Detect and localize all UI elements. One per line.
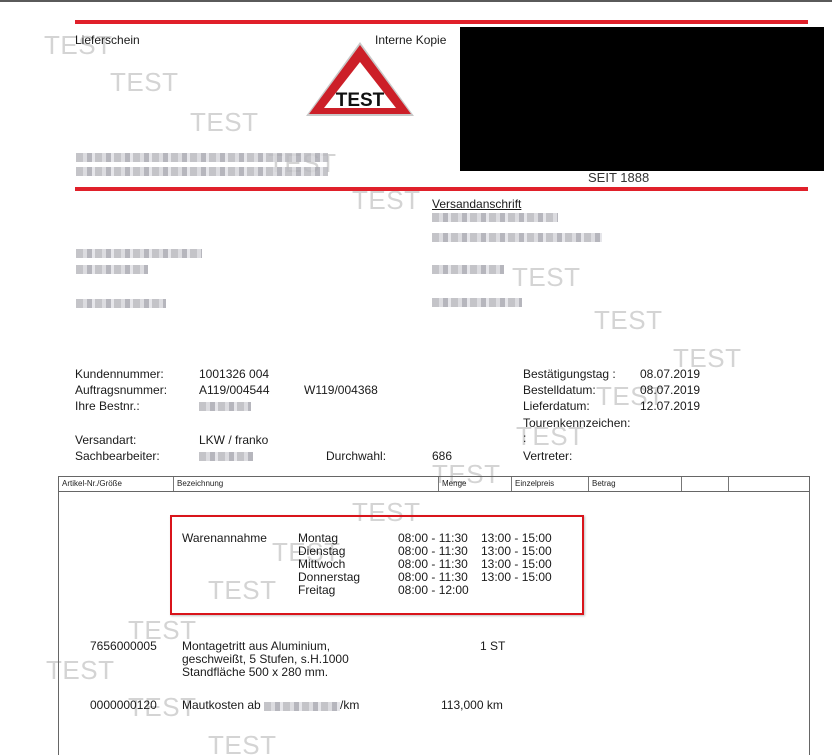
order-number-label: Auftragsnummer: [75,383,167,397]
warning-triangle-icon: TEST [302,38,418,122]
customer-number-label: Kundennummer: [75,367,164,381]
shipping-address-heading: Versandanschrift [432,197,521,211]
extension-label: Durchwahl: [326,449,386,463]
clerk-label: Sachbearbeiter: [75,449,160,463]
order-date-value: 08.07.2019 [640,383,700,397]
since-label: SEIT 1888 [588,170,649,185]
item-description-suffix: /km [340,699,359,712]
item-quantity: 113,000 km [441,699,503,712]
delivery-date-value: 12.07.2019 [640,399,700,413]
order-number-value: A119/004544 [199,383,270,397]
warning-triangle-logo: TEST [302,38,418,122]
order-date-label: Bestelldatum: [523,383,596,397]
sender-name-blurred [76,153,328,162]
delivery-date-label: Lieferdatum: [523,399,590,413]
watermark: TEST [512,262,580,293]
header-top-rule [75,20,808,24]
header-bottom-rule [75,187,808,191]
article-number: 7656000005 [90,640,157,653]
clerk-name-blurred [199,452,253,461]
tour-code-label: Tourenkennzeichen: [523,416,630,430]
extension-value: 686 [432,449,452,463]
shipping-city-blurred [432,298,522,307]
customer-number-value: 1001326 004 [199,367,269,381]
confirmation-date-label: Bestätigungstag : [523,367,616,381]
sender-address-blurred [76,167,328,176]
recipient-name-blurred [76,249,202,258]
column-header-quantity: Menge [439,477,511,491]
column-header-amount: Betrag [589,477,681,491]
item-description-line: Standfläche 500 x 280 mm. [182,666,328,679]
representative-label: Vertreter: [523,449,572,463]
items-table-header: Artikel-Nr./Größe Bezeichnung Menge Einz… [59,477,809,492]
window-top-border [0,0,832,2]
customer-order-number-label: Ihre Bestnr.: [75,399,140,413]
watermark: TEST [594,305,662,336]
shipping-method-label: Versandart: [75,433,136,447]
tour-code-colon: : [523,431,526,445]
recipient-street-blurred [76,265,148,274]
shipping-method-value: LKW / franko [199,433,268,447]
hours-slot-2: 13:00 - 15:00 [481,571,552,584]
watermark: TEST [190,107,258,138]
redacted-logo-area [460,27,824,171]
item-description-blurred [264,702,340,711]
column-header-empty-1 [682,477,728,491]
order-number-secondary: W119/004368 [304,383,378,397]
article-number: 0000000120 [90,699,157,712]
svg-text:TEST: TEST [336,90,385,111]
column-header-description: Bezeichnung [174,477,438,491]
column-header-unit-price: Einzelpreis [512,477,588,491]
shipping-name-blurred [432,213,558,222]
shipping-street-blurred [432,265,504,274]
shipping-line2-blurred [432,233,602,242]
receiving-hours-label: Warenannahme [182,532,267,545]
column-header-article: Artikel-Nr./Größe [59,477,173,491]
confirmation-date-value: 08.07.2019 [640,367,700,381]
document-type-label: Lieferschein [75,33,140,47]
recipient-city-blurred [76,299,166,308]
item-quantity: 1 ST [480,640,505,653]
hours-slot-1: 08:00 - 12:00 [398,584,469,597]
customer-order-number-blurred [199,402,251,411]
day-label: Freitag [298,584,335,597]
watermark: TEST [110,67,178,98]
item-description-prefix: Mautkosten ab [182,699,261,712]
column-header-empty-2 [729,477,809,491]
